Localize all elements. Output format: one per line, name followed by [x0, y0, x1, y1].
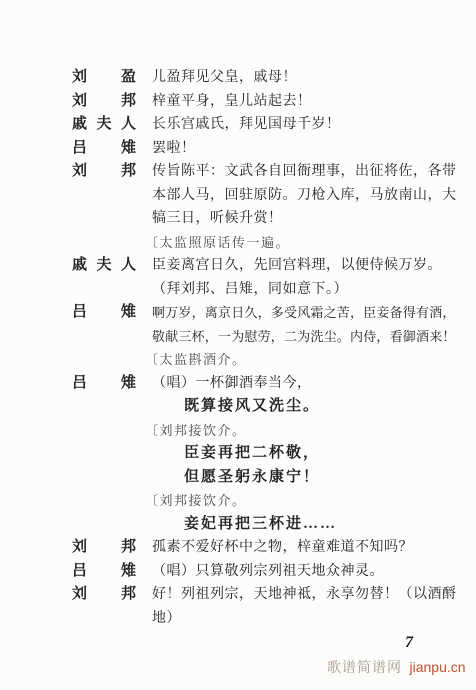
line-text: 罢啦！	[152, 137, 196, 161]
speaker-name: 吕雉	[72, 372, 136, 396]
line-text: 儿盈拜见父皇，戚母！	[152, 66, 297, 90]
line-text: 长乐宫戚氏，拜见国母千岁！	[152, 113, 341, 137]
script-line: 刘邦传旨陈平：文武各自回衙理事，出征将佐，各带	[0, 160, 476, 184]
script-line: 吕雉（唱）只算敬列宗列祖天地众神灵。	[0, 560, 476, 584]
script-line: 戚夫人臣妾离宫日久，先回宫料理，以便侍候万岁。	[0, 254, 476, 278]
line-text: 梓童平身，皇儿站起去！	[152, 90, 312, 114]
line-text: 〔刘邦接饮介。	[145, 489, 247, 513]
speaker-name: 吕雉	[72, 560, 136, 584]
line-text: 啊万岁，离京日久，多受风霜之苦，臣妾备得有酒，	[152, 301, 456, 325]
script-line: 敬献三杯，一为慰劳，二为洗尘。内侍，看御酒来！	[0, 325, 476, 349]
line-text: 敬献三杯，一为慰劳，二为洗尘。内侍，看御酒来！	[152, 325, 456, 349]
line-text: 既算接风又洗尘。	[184, 395, 320, 419]
watermark-site-url: jianpu.cn	[410, 659, 466, 675]
script-line: 但愿圣躬永康宁！	[0, 466, 476, 490]
speaker-name: 吕雉	[72, 301, 136, 325]
script-line: 刘邦好！列祖列宗，天地神祗，永享勿替！（以酒酹	[0, 583, 476, 607]
script-line: 妾妃再把三杯进……	[0, 513, 476, 537]
line-text: 传旨陈平：文武各自回衙理事，出征将佐，各带	[152, 160, 457, 184]
script-line: 既算接风又洗尘。	[0, 395, 476, 419]
line-text: 〔刘邦接饮介。	[145, 419, 247, 443]
line-text: 〔太监斟酒介。	[145, 348, 247, 372]
script-line: 刘邦梓童平身，皇儿站起去！	[0, 90, 476, 114]
script-line: 吕雉罢啦！	[0, 137, 476, 161]
script-line: 〔刘邦接饮介。	[0, 489, 476, 513]
script-line: 刘盈儿盈拜见父皇，戚母！	[0, 66, 476, 90]
scanned-script-page: 刘盈儿盈拜见父皇，戚母！刘邦梓童平身，皇儿站起去！戚夫人长乐宫戚氏，拜见国母千岁…	[0, 0, 476, 690]
line-text: 〔太监照原话传一遍。	[145, 231, 290, 255]
watermark: 歌谱简谱网 jianpu.cn	[327, 657, 466, 677]
script-line: 〔太监照原话传一遍。	[0, 231, 476, 255]
line-text: 臣妾再把二杯敬，	[184, 442, 320, 466]
script-line: （拜刘邦、吕雉，同如意下。）	[0, 278, 476, 302]
script-line: 刘邦孤素不爱好杯中之物，梓童难道不知吗？	[0, 536, 476, 560]
script-line: 地）	[0, 607, 476, 631]
line-text: 好！列祖列宗，天地神祗，永享勿替！（以酒酹	[152, 583, 457, 607]
script-line: 吕雉（唱）一杯御酒奉当今，	[0, 372, 476, 396]
line-text: 孤素不爱好杯中之物，梓童难道不知吗？	[152, 536, 413, 560]
speaker-name: 刘邦	[72, 160, 136, 184]
line-text: （唱）一杯御酒奉当今，	[152, 372, 312, 396]
speaker-name: 刘邦	[72, 536, 136, 560]
script-line: 〔刘邦接饮介。	[0, 419, 476, 443]
speaker-name: 戚夫人	[72, 254, 136, 278]
line-text: 妾妃再把三杯进……	[184, 513, 337, 537]
speaker-name: 吕雉	[72, 137, 136, 161]
script-body: 刘盈儿盈拜见父皇，戚母！刘邦梓童平身，皇儿站起去！戚夫人长乐宫戚氏，拜见国母千岁…	[0, 66, 476, 630]
line-text: 本部人马，回驻原防。刀枪入库，马放南山，大	[152, 184, 457, 208]
script-line: 臣妾再把二杯敬，	[0, 442, 476, 466]
line-text: 地）	[152, 607, 181, 631]
line-text: 犒三日，听候升赏！	[152, 207, 283, 231]
line-text: （唱）只算敬列宗列祖天地众神灵。	[152, 560, 384, 584]
line-text: 臣妾离宫日久，先回宫料理，以便侍候万岁。	[152, 254, 442, 278]
speaker-name: 戚夫人	[72, 113, 136, 137]
line-text: （拜刘邦、吕雉，同如意下。）	[152, 278, 348, 302]
speaker-name: 刘盈	[72, 66, 136, 90]
script-line: 〔太监斟酒介。	[0, 348, 476, 372]
script-line: 戚夫人长乐宫戚氏，拜见国母千岁！	[0, 113, 476, 137]
speaker-name: 刘邦	[72, 90, 136, 114]
line-text: 但愿圣躬永康宁！	[184, 466, 320, 490]
watermark-site-name: 歌谱简谱网	[327, 661, 402, 676]
script-line: 本部人马，回驻原防。刀枪入库，马放南山，大	[0, 184, 476, 208]
page-number: 7	[405, 634, 413, 652]
speaker-name: 刘邦	[72, 583, 136, 607]
script-line: 吕雉啊万岁，离京日久，多受风霜之苦，臣妾备得有酒，	[0, 301, 476, 325]
script-line: 犒三日，听候升赏！	[0, 207, 476, 231]
